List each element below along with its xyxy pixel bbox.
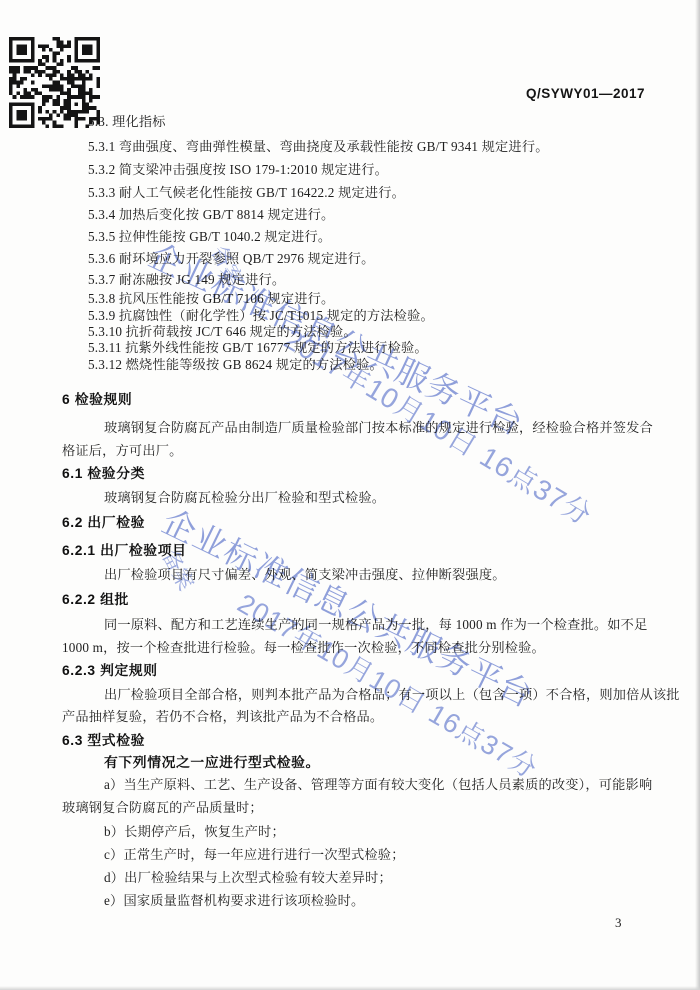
text-line: 6 检验规则 bbox=[62, 392, 132, 407]
text-line: 6.2.3 判定规则 bbox=[62, 663, 158, 678]
text-line: 5.3.4 加热后变化按 GB/T 8814 规定进行。 bbox=[88, 207, 334, 222]
text-line: 5.3. 理化指标 bbox=[88, 114, 166, 129]
text-line: 5.3.2 简支梁冲击强度按 ISO 179-1:2010 规定进行。 bbox=[88, 162, 388, 177]
text-line: 6.2.2 组批 bbox=[62, 592, 129, 607]
text-line: 5.3.6 耐环境应力开裂参照 QB/T 2976 规定进行。 bbox=[88, 251, 375, 266]
text-line: 5.3.8 抗风压性能按 GB/T 7106 规定进行。 bbox=[88, 291, 334, 306]
text-line: 5.3.5 拉伸性能按 GB/T 1040.2 规定进行。 bbox=[88, 229, 331, 244]
text-line: 6.2.1 出厂检验项目 bbox=[62, 543, 187, 558]
text-line: 同一原料、配方和工艺连续生产的同一规格产品为一批，每 1000 m 作为一个检查… bbox=[104, 617, 647, 632]
text-line: 5.3.10 抗折荷载按 JC/T 646 规定的方法检验。 bbox=[88, 324, 357, 339]
text-line: e）国家质量监督机构要求进行该项检验时。 bbox=[104, 893, 364, 908]
text-line: c）正常生产时，每一年应进行进行一次型式检验； bbox=[104, 847, 405, 862]
scan-edge-right bbox=[695, 0, 700, 990]
document-page: Q/SYWY01—2017 企业标准信息公共服务平台 备案 2017年10月10… bbox=[0, 0, 700, 990]
text-line: 玻璃钢复合防腐瓦检验分出厂检验和型式检验。 bbox=[104, 490, 385, 505]
text-line: 产品抽样复验，若仍不合格，判该批产品为不合格品。 bbox=[62, 709, 383, 724]
text-line: 格证后，方可出厂。 bbox=[62, 443, 183, 458]
text-line: d）出厂检验结果与上次型式检验有较大差异时； bbox=[104, 870, 392, 885]
page-number: 3 bbox=[615, 915, 622, 931]
text-line: 5.3.11 抗紫外线性能按 GB/T 16777 规定的方法进行检验。 bbox=[88, 340, 428, 355]
text-line: 5.3.1 弯曲强度、弯曲弹性模量、弯曲挠度及承载性能按 GB/T 9341 规… bbox=[88, 139, 549, 154]
text-line: 有下列情况之一应进行型式检验。 bbox=[104, 755, 320, 770]
text-line: 出厂检验项目全部合格，则判本批产品为合格品；有一项以上（包含一项）不合格，则加倍… bbox=[104, 687, 680, 702]
text-line: 5.3.3 耐人工气候老化性能按 GB/T 16422.2 规定进行。 bbox=[88, 185, 405, 200]
header-standard-code: Q/SYWY01—2017 bbox=[526, 86, 645, 101]
text-line: 5.3.7 耐冻融按 JG 149 规定进行。 bbox=[88, 272, 285, 287]
text-line: 玻璃钢复合防腐瓦的产品质量时； bbox=[62, 800, 263, 815]
text-line: 1000 m，按一个检查批进行检验。每一检查批作一次检验，不同检查批分别检验。 bbox=[62, 640, 545, 655]
text-line: 5.3.9 抗腐蚀性（耐化学性）按 JC/T1015 规定的方法检验。 bbox=[88, 308, 434, 323]
text-line: b）长期停产后，恢复生产时； bbox=[104, 824, 285, 839]
text-line: 6.2 出厂检验 bbox=[62, 515, 145, 530]
text-line: 玻璃钢复合防腐瓦产品由制造厂质量检验部门按本标准的规定进行检验，经检验合格并签发… bbox=[104, 420, 653, 435]
text-line: 5.3.12 燃烧性能等级按 GB 8624 规定的方法检验。 bbox=[88, 357, 383, 372]
text-line: 6.3 型式检验 bbox=[62, 733, 145, 748]
text-line: a）当生产原料、工艺、生产设备、管理等方面有较大变化（包括人员素质的改变），可能… bbox=[104, 777, 652, 792]
text-line: 6.1 检验分类 bbox=[62, 466, 145, 481]
watermark-platform-name: 企业标准信息公共服务平台 bbox=[155, 496, 542, 717]
text-line: 出厂检验项目有尺寸偏差、外观、简支梁冲击强度、拉伸断裂强度。 bbox=[104, 567, 506, 582]
scan-edge-bottom bbox=[0, 986, 700, 990]
